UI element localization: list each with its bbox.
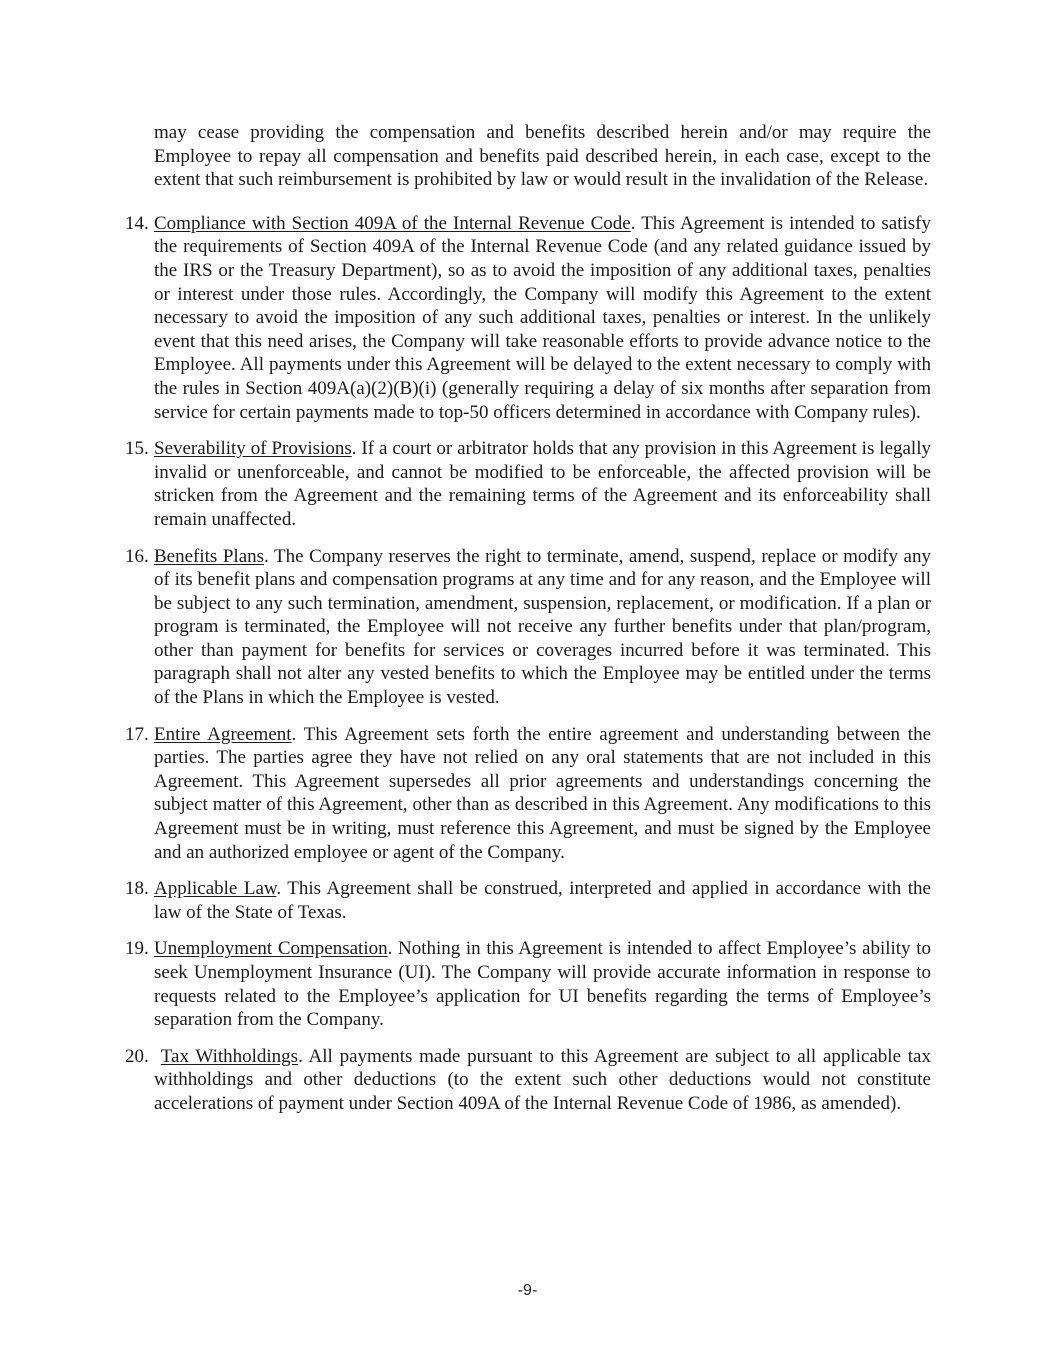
paragraph-number: 20. [125, 1045, 154, 1116]
paragraph-body: Compliance with Section 409A of the Inte… [154, 212, 931, 424]
document-body: may cease providing the compensation and… [125, 121, 931, 1116]
numbered-paragraph: 16.Benefits Plans. The Company reserves … [125, 545, 931, 710]
numbered-paragraph: 20. Tax Withholdings. All payments made … [125, 1045, 931, 1116]
numbered-paragraph: 14.Compliance with Section 409A of the I… [125, 212, 931, 424]
paragraph-heading: Benefits Plans [154, 546, 264, 567]
numbered-paragraph: 18.Applicable Law. This Agreement shall … [125, 877, 931, 924]
paragraph-body: Unemployment Compensation. Nothing in th… [154, 937, 931, 1031]
paragraph-number: 15. [125, 437, 154, 531]
paragraph-continuation: may cease providing the compensation and… [154, 121, 931, 192]
numbered-paragraph: 15.Severability of Provisions. If a cour… [125, 437, 931, 531]
paragraph-heading: Tax Withholdings [161, 1046, 298, 1067]
paragraph-body: Entire Agreement. This Agreement sets fo… [154, 723, 931, 865]
paragraph-heading: Entire Agreement [154, 724, 292, 745]
numbered-paragraph: 19.Unemployment Compensation. Nothing in… [125, 937, 931, 1031]
paragraph-body: Applicable Law. This Agreement shall be … [154, 877, 931, 924]
paragraph-number: 16. [125, 545, 154, 710]
document-page: may cease providing the compensation and… [0, 0, 1055, 1365]
paragraph-heading: Compliance with Section 409A of the Inte… [154, 213, 631, 234]
paragraph-heading: Severability of Provisions [154, 438, 352, 459]
paragraph-heading: Applicable Law [154, 878, 276, 899]
paragraph-number: 18. [125, 877, 154, 924]
paragraph-body: Severability of Provisions. If a court o… [154, 437, 931, 531]
paragraph-body: Tax Withholdings. All payments made purs… [154, 1045, 931, 1116]
paragraph-number: 19. [125, 937, 154, 1031]
paragraph-number: 14. [125, 212, 154, 424]
numbered-paragraph: 17.Entire Agreement. This Agreement sets… [125, 723, 931, 865]
page-number: -9- [0, 1282, 1055, 1300]
paragraph-body: Benefits Plans. The Company reserves the… [154, 545, 931, 710]
paragraph-heading: Unemployment Compensation [154, 938, 388, 959]
paragraph-number: 17. [125, 723, 154, 865]
numbered-paragraph-list: 14.Compliance with Section 409A of the I… [125, 212, 931, 1116]
